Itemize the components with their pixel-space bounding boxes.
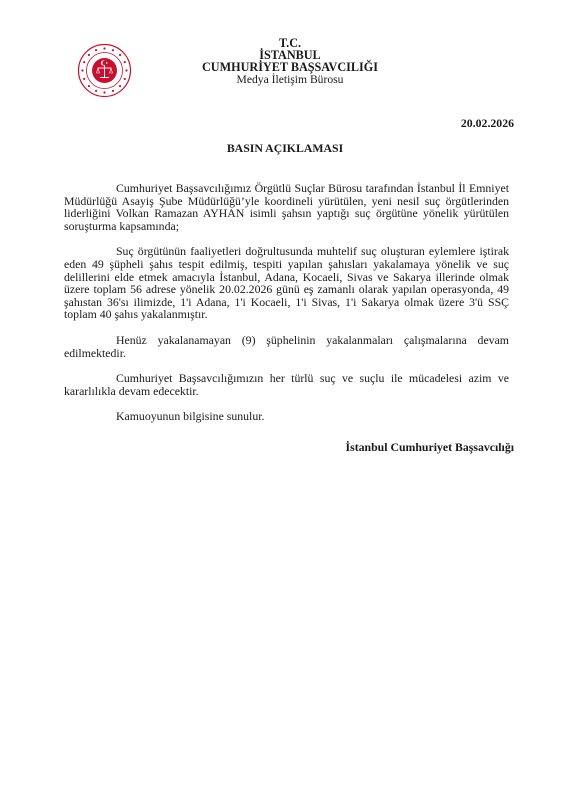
document-title: BASIN AÇIKLAMASI bbox=[0, 141, 566, 156]
institution-header: T.C. İSTANBUL CUMHURİYET BAŞSAVCILIĞI Me… bbox=[190, 37, 390, 86]
document-date: 20.02.2026 bbox=[461, 116, 514, 131]
paragraph: Cumhuriyet Başsavcılığımızın her türlü s… bbox=[64, 372, 509, 397]
paragraph: Cumhuriyet Başsavcılığımız Örgütlü Suçla… bbox=[64, 182, 509, 232]
paragraph: Suç örgütünün faaliyetleri doğrultusunda… bbox=[64, 245, 509, 321]
header-office: Medya İletişim Bürosu bbox=[190, 74, 390, 86]
paragraph: Kamuoyunun bilgisine sunulur. bbox=[64, 410, 509, 423]
document-body: Cumhuriyet Başsavcılığımız Örgütlü Suçla… bbox=[64, 182, 509, 436]
header-institution: CUMHURİYET BAŞSAVCILIĞI bbox=[190, 61, 390, 73]
signature: İstanbul Cumhuriyet Başsavcılığı bbox=[346, 440, 514, 455]
justice-scales-emblem-icon bbox=[77, 43, 132, 98]
paragraph: Henüz yakalanamayan (9) şüphelinin yakal… bbox=[64, 334, 509, 359]
